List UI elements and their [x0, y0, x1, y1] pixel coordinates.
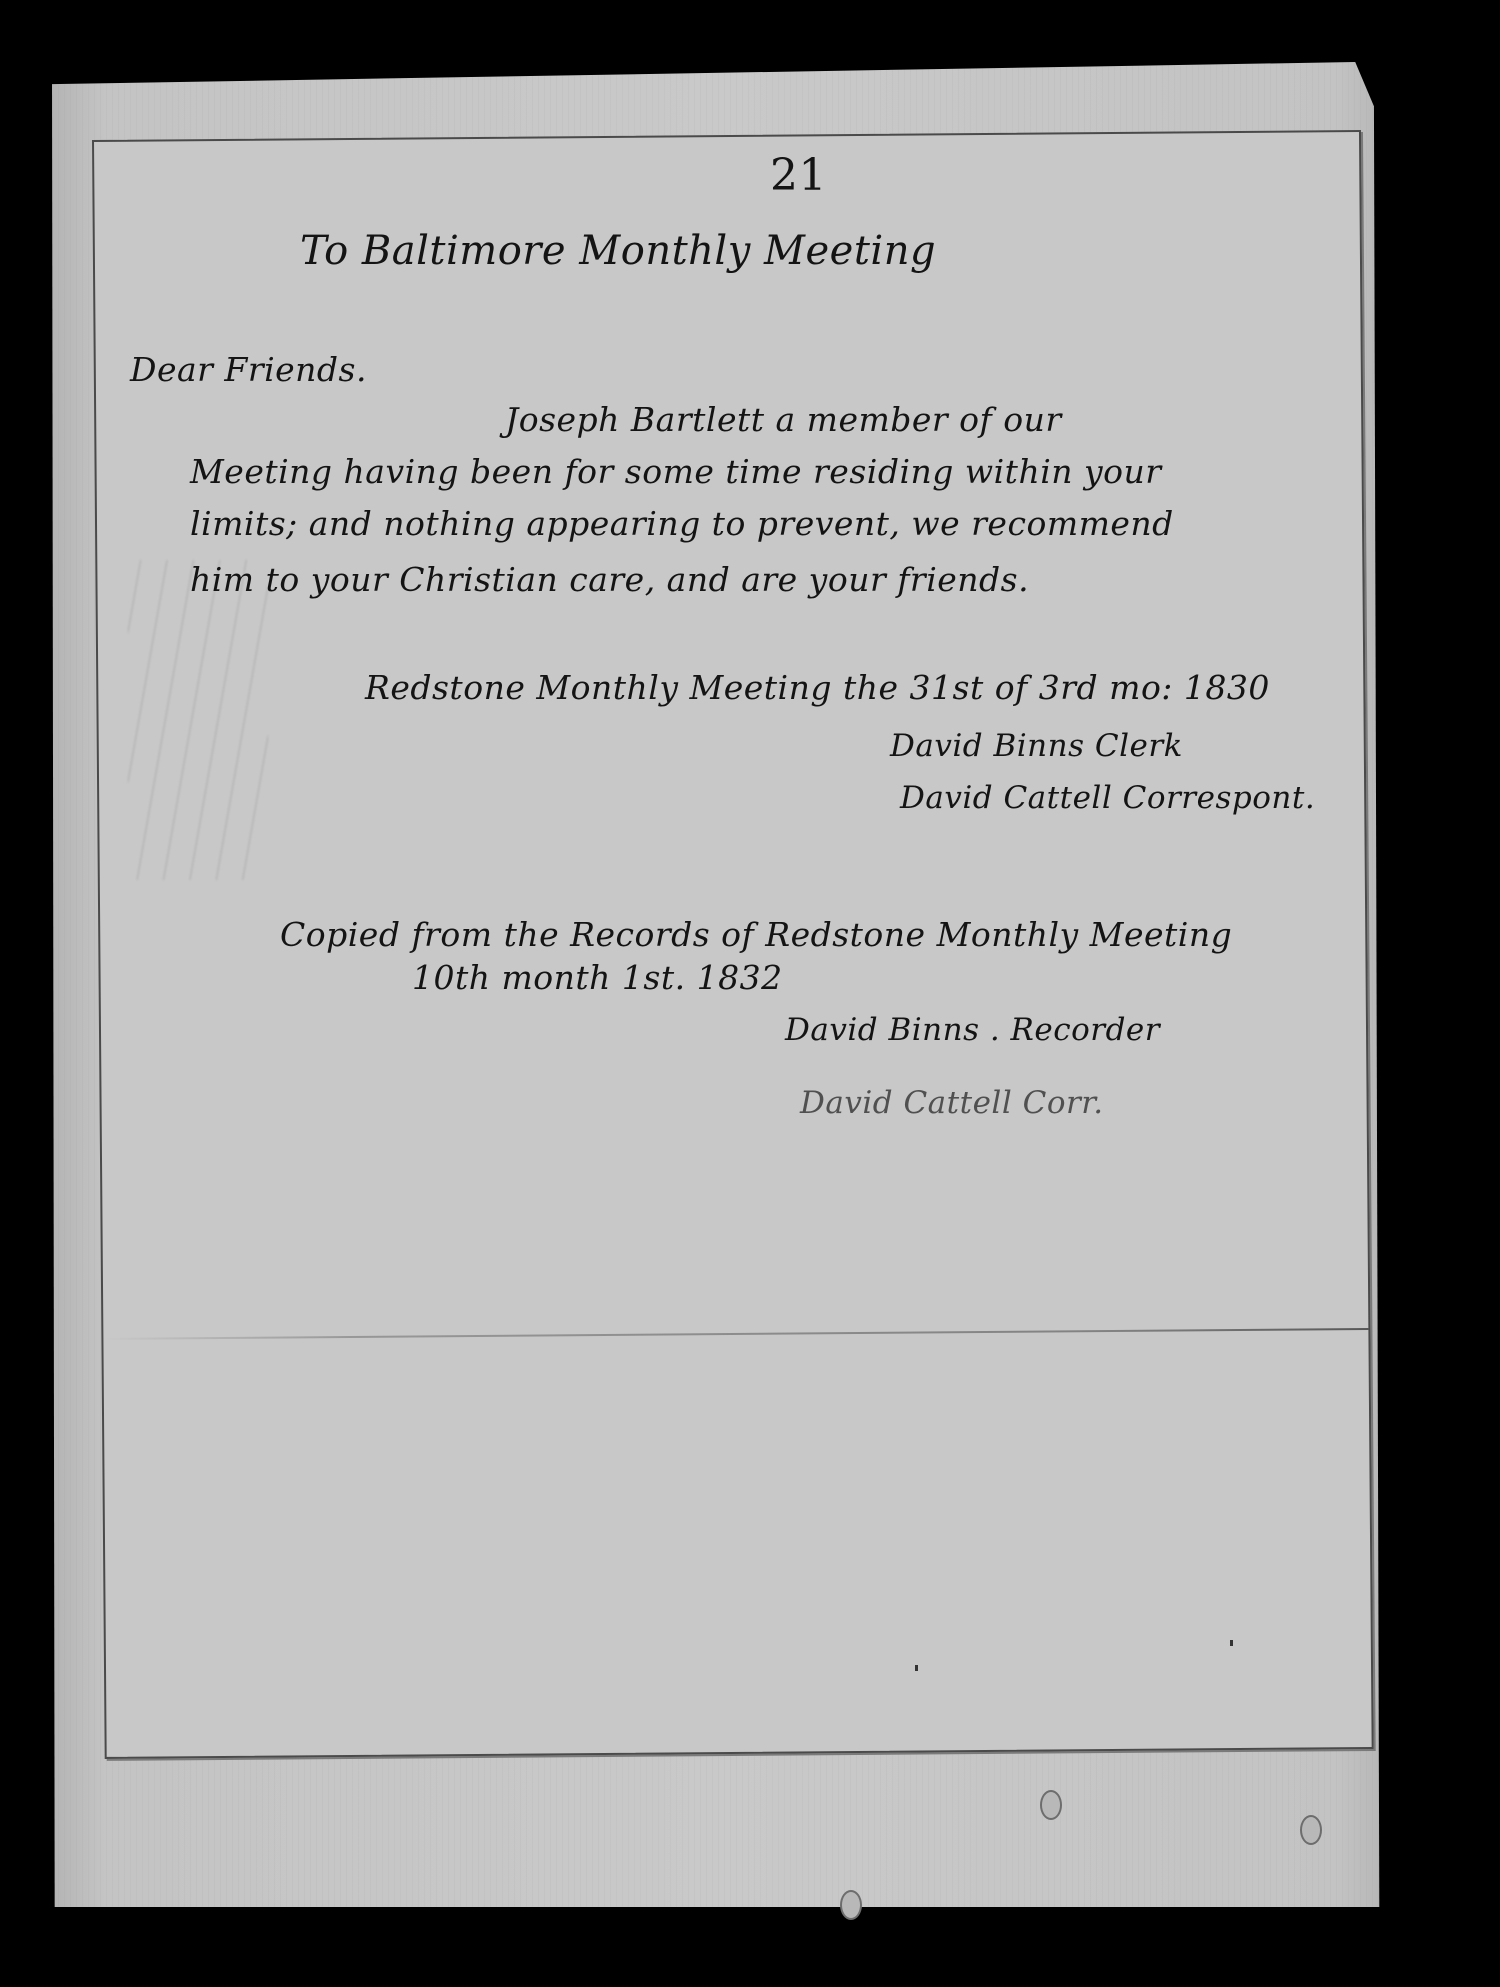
- letter-title: To Baltimore Monthly Meeting: [300, 228, 936, 274]
- signature-clerk: David Binns Clerk: [890, 728, 1183, 764]
- copy-note-line-1: Copied from the Records of Redstone Mont…: [280, 915, 1232, 954]
- ink-speck: [915, 1665, 918, 1671]
- page-number: 21: [770, 150, 827, 201]
- body-line-4: him to your Christian care, and are your…: [190, 560, 1029, 599]
- paper-hole: [1300, 1815, 1322, 1845]
- copy-note-line-2: 10th month 1st. 1832: [412, 958, 783, 997]
- marginal-bleed-through: [128, 560, 268, 880]
- ink-speck: [1230, 1640, 1233, 1646]
- body-line-1: Joseph Bartlett a member of our: [505, 400, 1062, 439]
- salutation: Dear Friends.: [130, 350, 367, 389]
- paper-hole: [1040, 1790, 1062, 1820]
- paper-hole: [840, 1890, 862, 1920]
- dateline: Redstone Monthly Meeting the 31st of 3rd…: [365, 668, 1270, 707]
- signature-correspondent: David Cattell Correspont.: [900, 780, 1315, 816]
- body-line-3: limits; and nothing appearing to prevent…: [190, 504, 1174, 543]
- signature-corr: David Cattell Corr.: [800, 1085, 1104, 1121]
- body-line-2: Meeting having been for some time residi…: [190, 452, 1162, 491]
- fold-line: [103, 1328, 1368, 1340]
- signature-recorder: David Binns . Recorder: [785, 1012, 1160, 1048]
